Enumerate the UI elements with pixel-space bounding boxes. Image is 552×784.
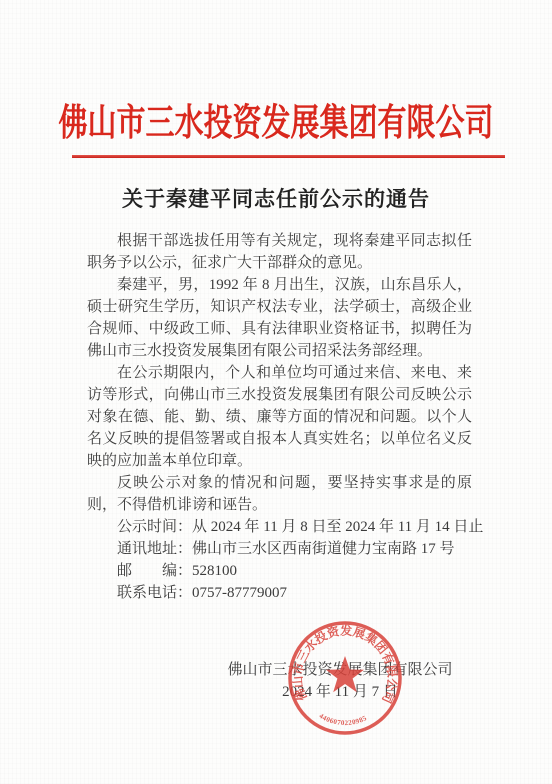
info-value: 从 2024 年 11 月 8 日至 2024 年 11 月 14 日止: [192, 519, 483, 535]
info-line-phone: 联系电话：0757-87779007: [87, 582, 472, 604]
signature-date: 2024 年 11 月 7 日: [212, 681, 468, 703]
notice-page: 佛山市三水投资发展集团有限公司 关于秦建平同志任前公示的通告 根据干部选拔任用等…: [0, 0, 552, 784]
paragraph-basis: 根据干部选拔任用等有关规定，现将秦建平同志拟任职务予以公示，征求广大干部群众的意…: [87, 230, 472, 274]
info-value: 528100: [192, 563, 237, 579]
red-divider: [72, 155, 505, 158]
signature-block: 佛山市三水投资发展集团有限公司 2024 年 11 月 7 日: [212, 659, 468, 703]
info-label: 通讯地址：: [117, 541, 192, 557]
paragraph-feedback-channels: 在公示期限内，个人和单位均可通过来信、来电、来访等形式，向佛山市三水投资发展集团…: [87, 362, 472, 472]
notice-body: 根据干部选拔任用等有关规定，现将秦建平同志拟任职务予以公示，征求广大干部群众的意…: [87, 230, 472, 604]
doc-heading: 关于秦建平同志任前公示的通告: [0, 183, 552, 213]
company-title: 佛山市三水投资发展集团有限公司: [0, 94, 552, 146]
info-line-postcode: 邮 编：528100: [87, 560, 472, 582]
info-label: 邮 编：: [117, 563, 192, 579]
seal-number: 4406070220985: [318, 712, 369, 727]
info-line-address: 通讯地址：佛山市三水区西南街道健力宝南路 17 号: [87, 538, 472, 560]
paragraph-candidate-profile: 秦建平，男，1992 年 8 月出生，汉族，山东昌乐人，硕士研究生学历，知识产权…: [87, 274, 472, 362]
paragraph-principles: 反映公示对象的情况和问题，要坚持实事求是的原则，不得借机诽谤和诬告。: [87, 472, 472, 516]
info-value: 佛山市三水区西南街道健力宝南路 17 号: [192, 541, 455, 557]
info-value: 0757-87779007: [192, 585, 287, 601]
info-label: 联系电话：: [117, 585, 192, 601]
signature-company: 佛山市三水投资发展集团有限公司: [212, 659, 468, 681]
info-line-publicity-period: 公示时间：从 2024 年 11 月 8 日至 2024 年 11 月 14 日…: [87, 516, 472, 538]
info-label: 公示时间：: [117, 519, 192, 535]
